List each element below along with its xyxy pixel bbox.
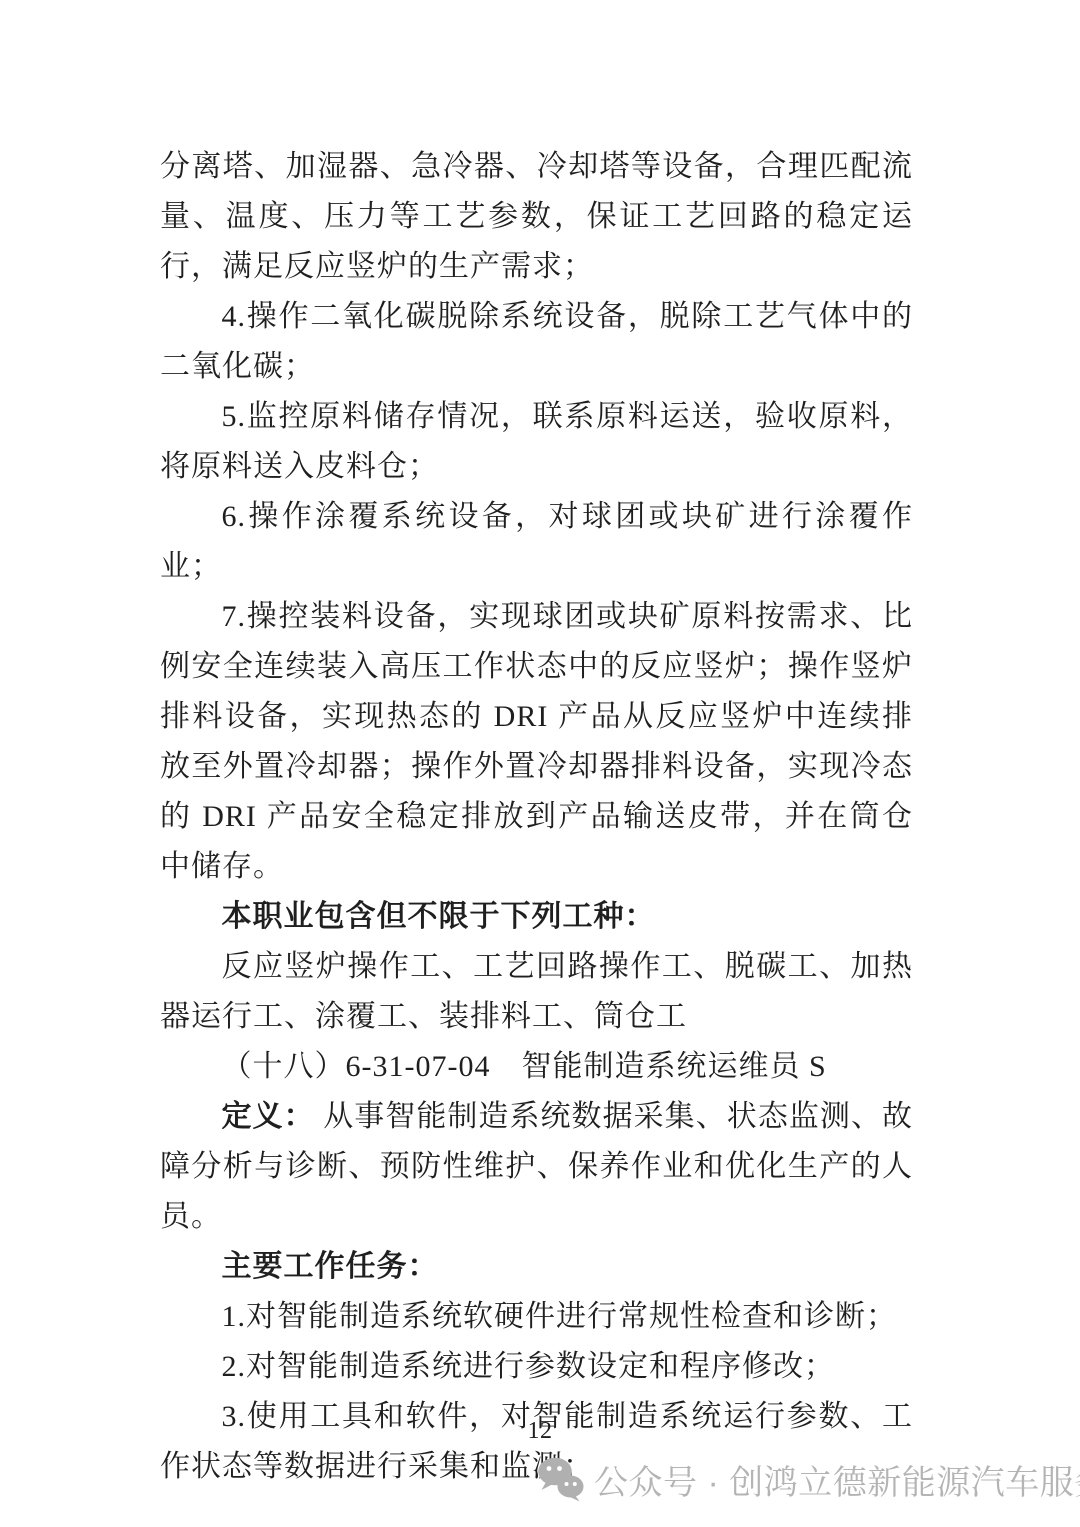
paragraph-definition: 定义：从事智能制造系统数据采集、状态监测、故障分析与诊断、预防性维护、保养作业和… xyxy=(160,1092,913,1242)
definition-label: 定义： xyxy=(222,1100,324,1133)
paragraph-trades-list: 反应竖炉操作工、工艺回路操作工、脱碳工、加热器运行工、涂覆工、装排料工、筒仓工 xyxy=(160,942,913,1042)
paragraph-task-1: 1.对智能制造系统软硬件进行常规性检查和诊断； xyxy=(160,1292,913,1342)
heading-included-trades: 本职业包含但不限于下列工种： xyxy=(160,892,913,942)
watermark-text: 公众号 · 创鸿立德新能源汽车服务 xyxy=(594,1455,1080,1504)
paragraph-task-6: 6.操作涂覆系统设备，对球团或块矿进行涂覆作业； xyxy=(160,492,913,592)
paragraph-task-2: 2.对智能制造系统进行参数设定和程序修改； xyxy=(160,1342,913,1392)
paragraph-task-4: 4.操作二氧化碳脱除系统设备，脱除工艺气体中的二氧化碳； xyxy=(160,292,913,392)
wechat-icon xyxy=(536,1455,585,1503)
document-body: 分离塔、加湿器、急冷器、冷却塔等设备，合理匹配流量、温度、压力等工艺参数，保证工… xyxy=(160,142,913,1492)
paragraph-task-5: 5.监控原料储存情况，联系原料运送，验收原料，将原料送入皮料仓； xyxy=(160,392,913,492)
heading-main-tasks: 主要工作任务： xyxy=(160,1242,913,1292)
watermark: 公众号 · 创鸿立德新能源汽车服务 xyxy=(536,1452,1080,1506)
paragraph-continuation: 分离塔、加湿器、急冷器、冷却塔等设备，合理匹配流量、温度、压力等工艺参数，保证工… xyxy=(160,142,913,292)
page-number: 12 xyxy=(0,1418,1080,1445)
paragraph-task-7: 7.操控装料设备，实现球团或块矿原料按需求、比例安全连续装入高压工作状态中的反应… xyxy=(160,592,913,892)
paragraph-occupation-code: （十八）6-31-07-04 智能制造系统运维员 S xyxy=(160,1042,913,1092)
document-page: 分离塔、加湿器、急冷器、冷却塔等设备，合理匹配流量、温度、压力等工艺参数，保证工… xyxy=(0,0,1080,1527)
